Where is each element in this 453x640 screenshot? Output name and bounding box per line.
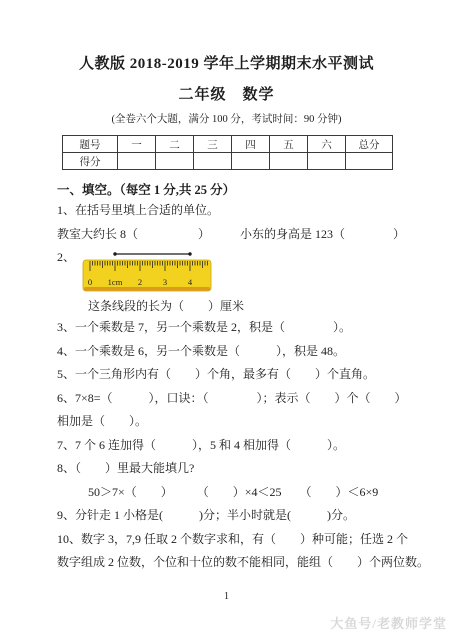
section-heading: 一、填空。（每空 1 分,共 25 分） [57, 182, 413, 199]
question-8-line2: 50＞7×（ ） （ ）×4＜25 （ ）＜6×9 [57, 481, 413, 505]
score-table: 题号 一 二 三 四 五 六 总分 得分 [62, 135, 393, 170]
page-number: 1 [0, 591, 453, 602]
question-8: 8、（ ）里最大能填几? [57, 457, 413, 481]
score-cell [232, 153, 270, 170]
question-6-line2: 相加是（ ）。 [57, 410, 413, 434]
question-6: 6、7×8=（ ），口诀：（ ）；表示（ ）个（ ） [57, 387, 413, 411]
score-cell [308, 153, 346, 170]
questions-section: 一、填空。（每空 1 分,共 25 分） 1、在括号里填上合适的单位。 教室大约… [57, 182, 413, 575]
question-10: 10、数字 3，7,9 任取 2 个数字求和，有（ ）种可能；任选 2 个 [57, 528, 413, 552]
line-segment [113, 252, 191, 255]
ruler-label-3: 3 [163, 277, 167, 287]
ruler-label-0: 0 [88, 277, 92, 287]
score-table-header-cell: 二 [156, 136, 194, 153]
question-7: 7、7 个 6 连加得（ ），5 和 4 相加得（ ）。 [57, 434, 413, 458]
question-1-line2: 教室大约长 8（ ） 小东的身高是 123（ ） [57, 223, 413, 247]
question-2: 2、 0 1cm 2 3 4 [57, 248, 413, 296]
question-10-line2: 数字组成 2 位数，个位和十位的数不能相同，能组（ ）个两位数。 [57, 551, 413, 575]
score-table-header-row: 题号 一 二 三 四 五 六 总分 [63, 136, 393, 153]
score-table-header-cell: 六 [308, 136, 346, 153]
score-cell [346, 153, 393, 170]
question-1: 1、在括号里填上合适的单位。 [57, 199, 413, 223]
score-cell [270, 153, 308, 170]
score-table-header-cell: 三 [194, 136, 232, 153]
question-5: 5、一个三角形内有（ ）个角，最多有（ ）个直角。 [57, 363, 413, 387]
score-table-score-row: 得分 [63, 153, 393, 170]
question-3: 3、一个乘数是 7，另一个乘数是 2，积是（ ）。 [57, 316, 413, 340]
score-row-label: 得分 [63, 153, 118, 170]
ruler-image: 0 1cm 2 3 4 [82, 248, 214, 294]
question-2-line2: 这条线段的长为（ ）厘米 [57, 296, 413, 316]
question-2-label: 2、 [57, 248, 75, 266]
ruler-bottom-edge [84, 287, 210, 291]
score-table-header-cell: 总分 [346, 136, 393, 153]
test-paper-page: 人教版 2018-2019 学年上学期期末水平测试 二年级 数学 (全卷六个大题… [0, 0, 453, 640]
paper-title: 人教版 2018-2019 学年上学期期末水平测试 [0, 0, 453, 73]
score-table-header-cell: 五 [270, 136, 308, 153]
score-table-header-cell: 题号 [63, 136, 118, 153]
score-cell [194, 153, 232, 170]
question-4: 4、一个乘数是 6，另一个乘数是（ ），积是 48。 [57, 340, 413, 364]
score-cell [118, 153, 156, 170]
question-9: 9、分针走 1 小格是( )分；半小时就是( )分。 [57, 504, 413, 528]
ruler-label-1cm: 1cm [108, 277, 123, 287]
score-cell [156, 153, 194, 170]
score-table-header-cell: 四 [232, 136, 270, 153]
score-table-header-cell: 一 [118, 136, 156, 153]
watermark: 大鱼号/老教师学堂 [330, 613, 447, 632]
ruler-label-2: 2 [138, 277, 142, 287]
paper-subtitle: 二年级 数学 [0, 83, 453, 104]
paper-info-line: (全卷六个大题，满分 100 分，考试时间：90 分钟) [0, 111, 453, 126]
